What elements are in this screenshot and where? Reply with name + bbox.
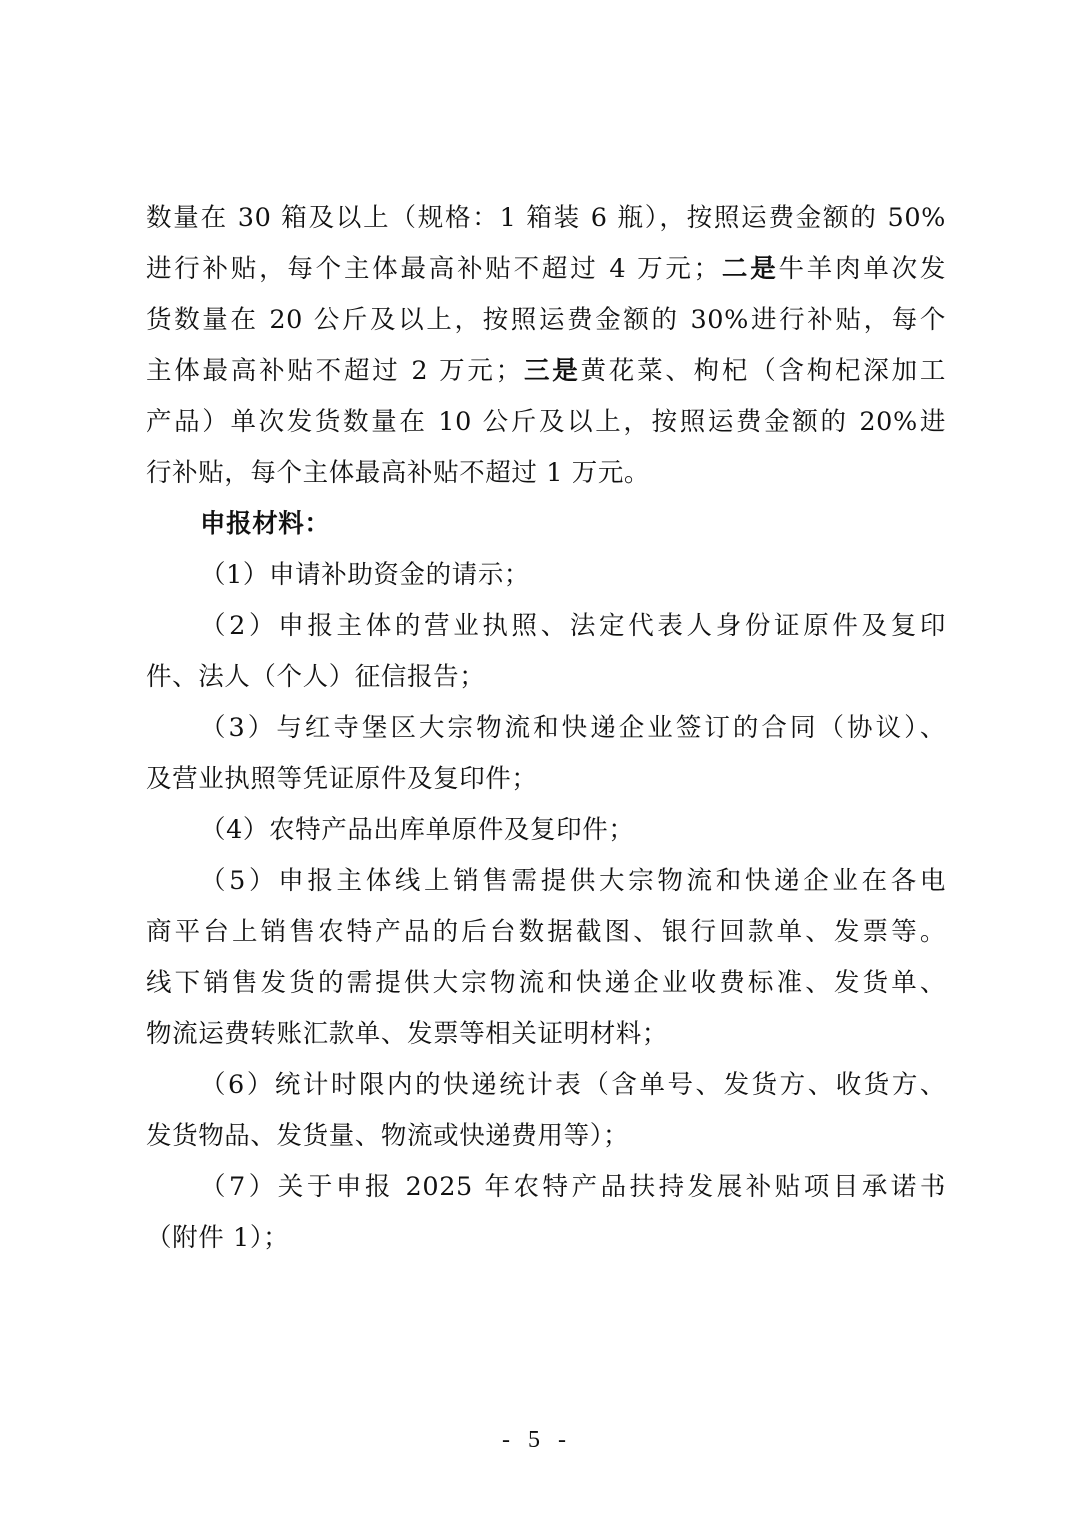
- material-item-1: （1）申请补助资金的请示；: [200, 558, 1000, 592]
- material-item-5: （5）申报主体线上销售需提供大宗物流和快递企业在各电: [200, 864, 946, 898]
- emphasis-second: 二是: [720, 254, 779, 284]
- material-item-3: （3）与红寺堡区大宗物流和快递企业签订的合同（协议）、: [200, 711, 946, 745]
- material-item-2-cont: 件、法人（个人）征信报告；: [146, 660, 946, 694]
- material-item-6: （6）统计时限内的快递统计表（含单号、发货方、收货方、: [200, 1068, 946, 1102]
- material-item-5-cont: 物流运费转账汇款单、发票等相关证明材料；: [146, 1017, 946, 1051]
- material-item-5-cont: 商平台上销售农特产品的后台数据截图、银行回款单、发票等。: [146, 915, 946, 949]
- paragraph-line: 货数量在 20 公斤及以上，按照运费金额的 30%进行补贴，每个: [146, 303, 946, 337]
- material-item-7: （7）关于申报 2025 年农特产品扶持发展补贴项目承诺书: [200, 1170, 946, 1204]
- material-item-2: （2）申报主体的营业执照、法定代表人身份证原件及复印: [200, 609, 946, 643]
- material-item-3-cont: 及营业执照等凭证原件及复印件；: [146, 762, 946, 796]
- material-item-4: （4）农特产品出库单原件及复印件；: [200, 813, 1000, 847]
- material-item-7-cont: （附件 1）；: [146, 1221, 946, 1255]
- paragraph-line: 产品）单次发货数量在 10 公斤及以上，按照运费金额的 20%进: [146, 405, 946, 439]
- paragraph-line: 进行补贴，每个主体最高补贴不超过 4 万元；二是牛羊肉单次发: [146, 252, 946, 286]
- page-number: - 5 -: [0, 1427, 1074, 1454]
- material-item-6-cont: 发货物品、发货量、物流或快递费用等）；: [146, 1119, 946, 1153]
- paragraph-line: 主体最高补贴不超过 2 万元；三是黄花菜、枸杞（含枸杞深加工: [146, 354, 946, 388]
- document-page: 数量在 30 箱及以上（规格：1 箱装 6 瓶），按照运费金额的 50% 进行补…: [0, 0, 1074, 1520]
- section-heading-materials: 申报材料：: [200, 507, 1000, 541]
- material-item-5-cont: 线下销售发货的需提供大宗物流和快递企业收费标准、发货单、: [146, 966, 946, 1000]
- paragraph-line: 数量在 30 箱及以上（规格：1 箱装 6 瓶），按照运费金额的 50%: [146, 201, 946, 235]
- paragraph-line: 行补贴，每个主体最高补贴不超过 1 万元。: [146, 456, 946, 490]
- emphasis-third: 三是: [522, 356, 581, 386]
